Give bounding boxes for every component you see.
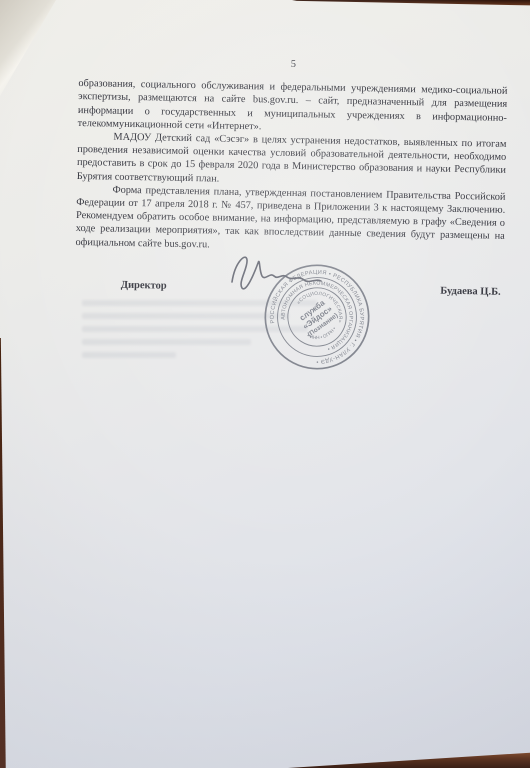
page-number: 5 xyxy=(79,54,508,75)
page-curl-corner xyxy=(0,0,56,96)
signer-role: Директор xyxy=(75,278,167,293)
table-surface-top-edge xyxy=(292,0,530,6)
document-photo: 5 образования, социального обслуживания … xyxy=(0,0,530,768)
signer-name: Будаева Ц.Б. xyxy=(440,285,504,299)
official-stamp: РОССИЙСКАЯ ФЕДЕРАЦИЯ • РЕСПУБЛИКА БУРЯТИ… xyxy=(243,243,390,390)
paragraph: МАДОУ Детский сад «Сэсэг» в целях устран… xyxy=(77,130,507,191)
table-surface-left-edge xyxy=(0,338,7,768)
paragraph: Форма представления плана, утвержденная … xyxy=(75,183,505,257)
table-surface-bottom-corner xyxy=(288,751,530,768)
paragraph: образования, социального обслуживания и … xyxy=(78,77,508,138)
